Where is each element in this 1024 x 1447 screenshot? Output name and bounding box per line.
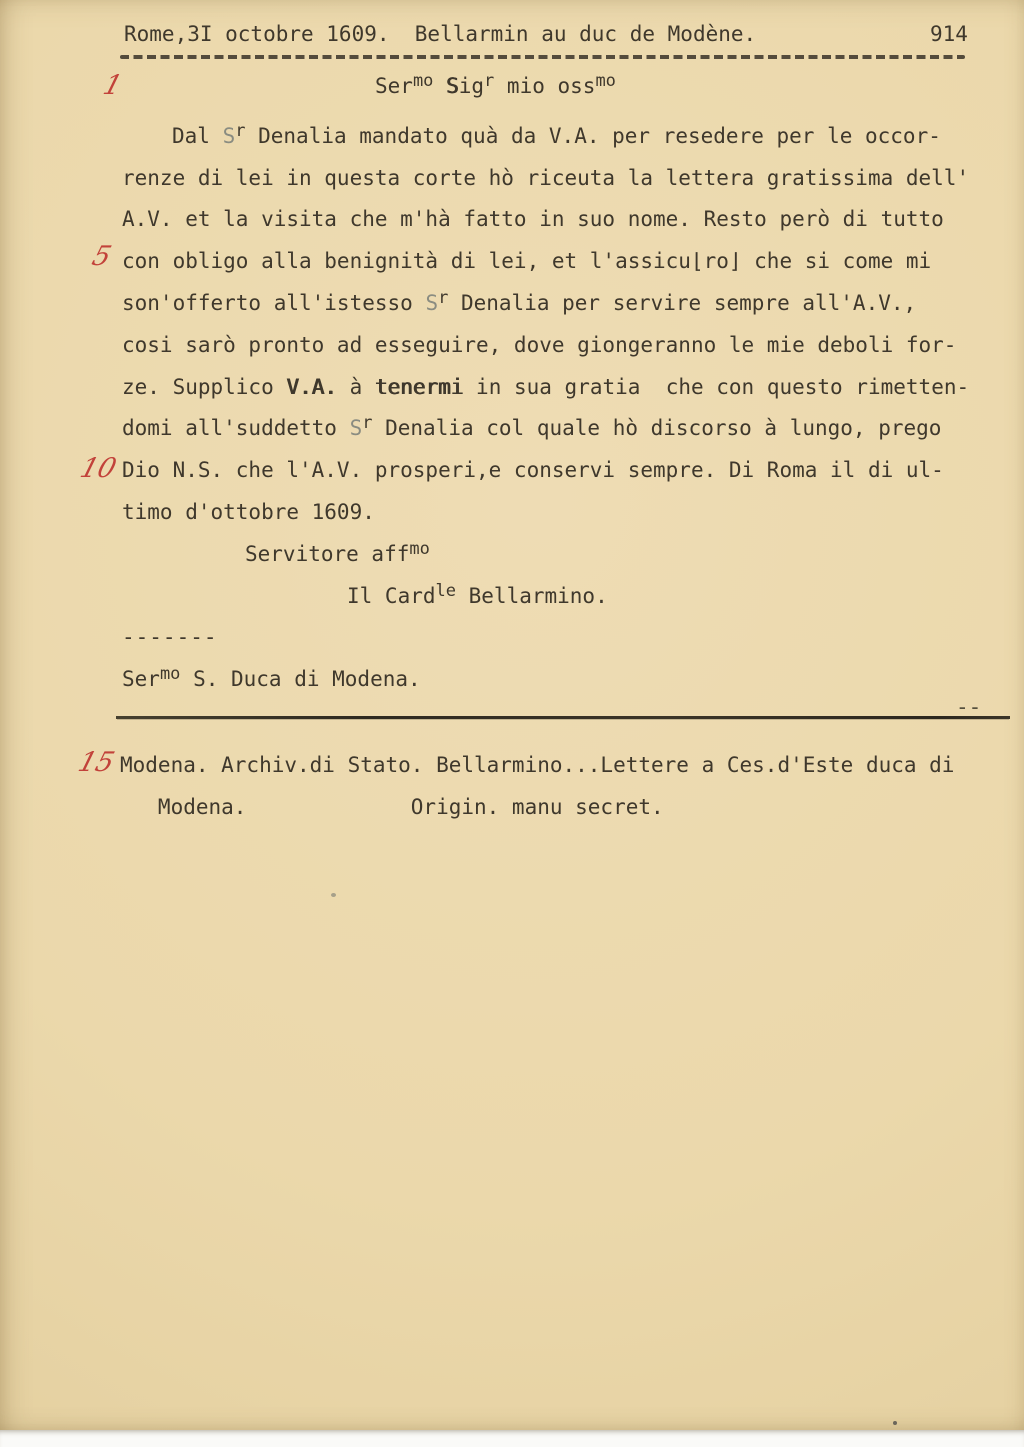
letter-line-body: son'offerto all'istesso Sr Denalia per s… — [122, 283, 1012, 325]
letter-line-body: A.V. et la visita che m'hà fatto in suo … — [122, 199, 1012, 241]
letter-line-body: cosi sarò pronto ad esseguire, dove gion… — [122, 325, 1012, 367]
letter-body: Sermo Sigr mio ossmoDal Sr Denalia manda… — [122, 66, 1012, 701]
letter-line-signature-2: Il Cardle Bellarmino. — [122, 576, 1012, 618]
end-dashes: -- — [956, 697, 981, 718]
archive-reference-line-1: Modena. Archiv.di Stato. Bellarmino...Le… — [120, 744, 954, 786]
header-dashed-rule — [120, 55, 965, 59]
letter-line-body: timo d'ottobre 1609. — [122, 492, 1012, 534]
paper-speck — [893, 1421, 897, 1425]
scan-background-strip — [0, 1430, 1024, 1447]
bottom-rule — [116, 716, 1010, 719]
page-number: 914 — [930, 22, 968, 46]
letter-line-body: renze di lei in questa corte hò riceuta … — [122, 158, 1012, 200]
letter-line-body: Dio N.S. che l'A.V. prosperi,e conservi … — [122, 450, 1012, 492]
margin-line-number-10: 10 — [77, 455, 119, 482]
letter-line-body-first: Dal Sr Denalia mandato quà da V.A. per r… — [122, 116, 1012, 158]
margin-line-number-15: 15 — [75, 749, 117, 776]
header-dateline: Rome,3I octobre 1609. Bellarmin au duc d… — [124, 22, 756, 46]
letter-line-body: ze. Supplico V.A. à tenermi in sua grati… — [122, 367, 1012, 409]
archive-reference: Modena. Archiv.di Stato. Bellarmino...Le… — [120, 744, 954, 828]
margin-line-number-5: 5 — [89, 243, 114, 270]
typescript-page: Rome,3I octobre 1609. Bellarmin au duc d… — [0, 0, 1024, 1430]
letter-line-salutation: Sermo Sigr mio ossmo — [122, 66, 1012, 108]
archive-reference-line-2: Modena. Origin. manu secret. — [120, 786, 954, 828]
paper-speck — [331, 893, 336, 897]
letter-line-separator: ------- — [122, 617, 1012, 659]
letter-line-addressee: Sermo S. Duca di Modena. — [122, 659, 1012, 701]
letter-line-signature-1: Servitore affmo — [122, 534, 1012, 576]
letter-line-body: con obligo alla benignità di lei, et l'a… — [122, 241, 1012, 283]
letter-line-body: domi all'suddetto Sr Denalia col quale h… — [122, 408, 1012, 450]
